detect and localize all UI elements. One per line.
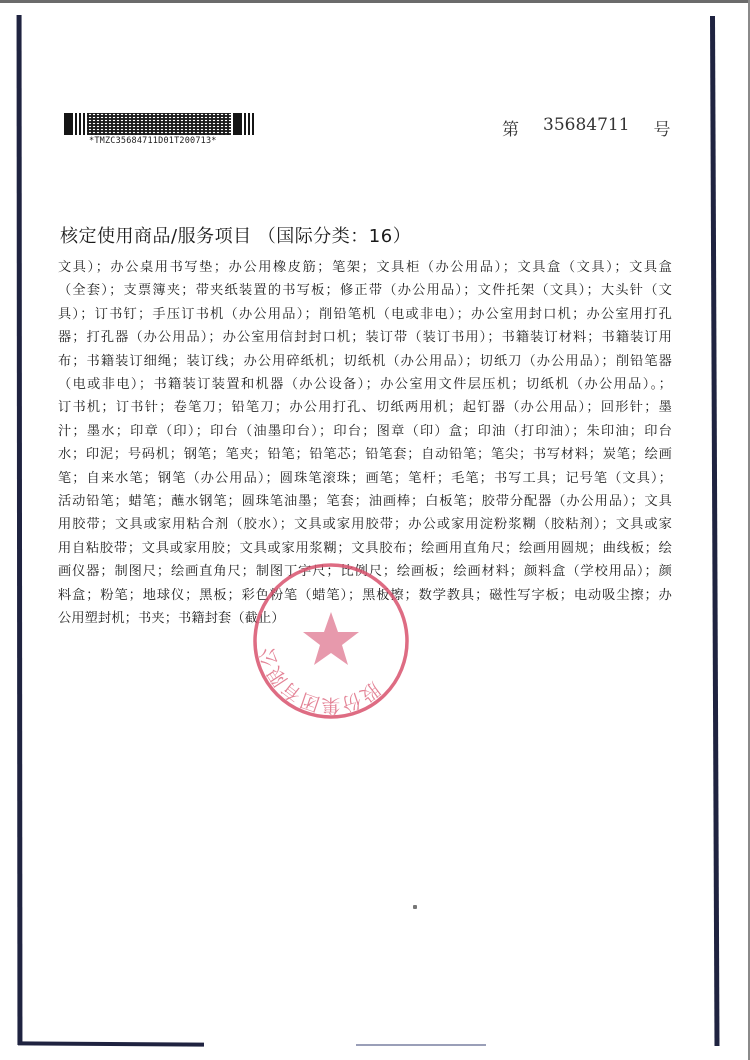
document-border-bottom bbox=[18, 1041, 204, 1046]
document-border-bottom-faded bbox=[356, 1044, 486, 1046]
text-line: 笔；自来水笔；钢笔（办公用品）；圆珠笔滚珠；画笔；笔杆；毛笔；书写工具；记号笔（… bbox=[58, 467, 672, 490]
document-border-right bbox=[710, 16, 719, 1046]
text-line: （全套）；支票簿夹；带夹纸装置的书写板；修正带（办公用品）；文件托架（文具）；大… bbox=[58, 279, 672, 302]
text-line: 用胶带；文具或家用粘合剂（胶水）；文具或家用胶带；办公或家用淀粉浆糊（胶粘剂）；… bbox=[58, 513, 672, 536]
text-line: 文具）；办公桌用书写垫；办公用橡皮筋；笔架；文具柜（办公用品）；文具盒（文具）；… bbox=[58, 256, 672, 279]
barcode-bars bbox=[64, 113, 254, 135]
text-line: 画仪器；制图尺；绘画直角尺；制图丁字尺；比例尺；绘画板；绘画材料；颜料盒（学校用… bbox=[58, 560, 672, 583]
barcode: *TMZC35684711D01T200713* bbox=[64, 113, 254, 146]
document-border-left bbox=[17, 15, 23, 1045]
registration-prefix: 第 bbox=[502, 115, 519, 140]
text-line: 用自粘胶带；文具或家用胶；文具或家用浆糊；文具胶布；绘画用直角尺；绘画用圆规；曲… bbox=[58, 537, 672, 560]
text-line: 订书机；订书针；卷笔刀；铅笔刀；办公用打孔、切纸两用机；起钉器（办公用品）；回形… bbox=[58, 396, 672, 419]
text-line: 具）；订书钉；手压订书机（办公用品）；削铅笔机（电或非电）；办公室用封口机；办公… bbox=[58, 303, 672, 326]
page-top-edge bbox=[0, 0, 750, 3]
text-line: 水；印泥；号码机；钢笔；笔夹；铅笔；铅笔芯；铅笔套；自动铅笔；笔尖；书写材料；炭… bbox=[58, 443, 672, 466]
goods-services-list: 文具）；办公桌用书写垫；办公用橡皮筋；笔架；文具柜（办公用品）；文具盒（文具）；… bbox=[58, 256, 672, 631]
text-line: 料盒；粉笔；地球仪；黑板；彩色粉笔（蜡笔）；黑板擦；数学教具；磁性写字板；电动吸… bbox=[58, 584, 672, 607]
text-line: 活动铅笔；蜡笔；蘸水钢笔；圆珠笔油墨；笔套；油画棒；白板笔；胶带分配器（办公用品… bbox=[58, 490, 672, 513]
scan-speck bbox=[413, 905, 417, 909]
registration-suffix: 号 bbox=[654, 115, 671, 140]
text-line: 公用塑封机；书夹；书籍封套（截止） bbox=[58, 607, 672, 630]
registration-value: 35684711 bbox=[543, 115, 630, 140]
registration-number: 第 35684711 号 bbox=[502, 115, 671, 140]
text-line: 器；打孔器（办公用品）；办公室用信封封口机；装订带（装订书用）；书籍装订材料；书… bbox=[58, 326, 672, 349]
page-title: 核定使用商品/服务项目 （国际分类：16） bbox=[60, 222, 411, 248]
text-line: 汁；墨水；印章（印）；印台（油墨印台）；印台；图章（印）盒；印油（打印油）；朱印… bbox=[58, 420, 672, 443]
text-line: （电或非电）；书籍装订装置和机器（办公设备）；办公室用文件层压机；切纸机（办公用… bbox=[58, 373, 672, 396]
barcode-text: *TMZC35684711D01T200713* bbox=[64, 136, 254, 146]
text-line: 布；书籍装订细绳；装订线；办公用碎纸机；切纸机（办公用品）；切纸刀（办公用品）；… bbox=[58, 350, 672, 373]
